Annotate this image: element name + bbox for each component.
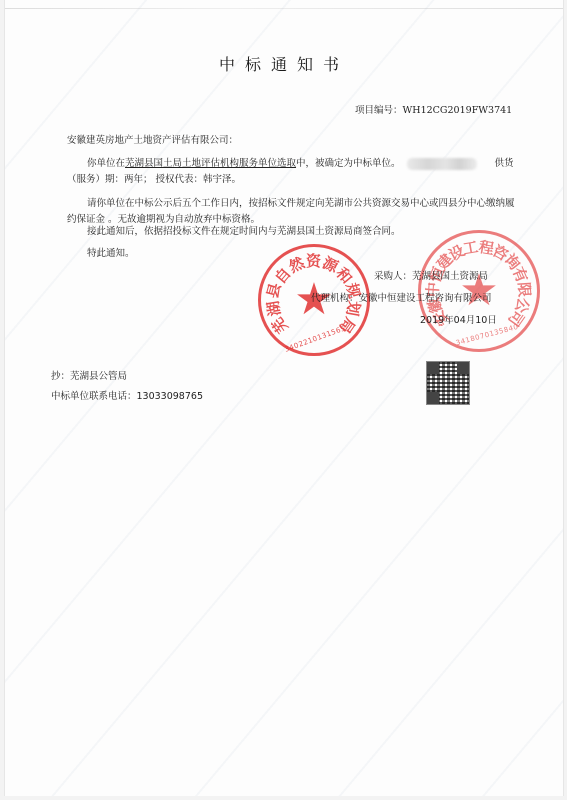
qr-code-icon	[426, 361, 470, 405]
scan-edge	[5, 8, 563, 9]
purchaser: 采购人：芜湖县国土资源局	[374, 268, 488, 282]
project-number: 项目编号：WH12CG2019FW3741	[355, 102, 512, 116]
award-middle: 中，被确定为中标单位。	[296, 158, 401, 169]
closing-text: 特此通知。	[67, 248, 135, 259]
contract-text: 接此通知后，依据招投标文件在规定时间内与芜湖县国土资源局商签合同。	[67, 226, 401, 237]
winner-phone: 中标单位联系电话：13033098765	[51, 388, 203, 402]
deposit-text: 请你单位在中标公示后五个工作日内，按招标文件规定向芜湖市公共资源交易中心或四县分…	[67, 198, 515, 225]
document-title: 中标通知书	[5, 52, 563, 75]
award-prefix: 你单位在	[67, 158, 125, 169]
paragraph-award: 你单位在芜湖县国土局土地评估机构服务单位选取中，被确定为中标单位。供货（服务）期…	[67, 156, 517, 188]
issue-date: 2019年04月10日	[420, 312, 497, 326]
redacted-amount	[407, 158, 477, 170]
agency: 代理机构：安徽中恒建设工程咨询有限公司	[311, 290, 492, 304]
document-page: 中标通知书 项目编号：WH12CG2019FW3741 安徽建英房地产土地资产评…	[4, 0, 564, 796]
carbon-copy: 抄：芜湖县公管局	[51, 368, 127, 382]
addressee: 安徽建英房地产土地资产评估有限公司：	[67, 132, 238, 146]
project-label: 项目编号：	[355, 105, 403, 116]
project-code: WH12CG2019FW3741	[403, 105, 513, 116]
project-name: 芜湖县国土局土地评估机构服务单位选取	[125, 158, 296, 169]
